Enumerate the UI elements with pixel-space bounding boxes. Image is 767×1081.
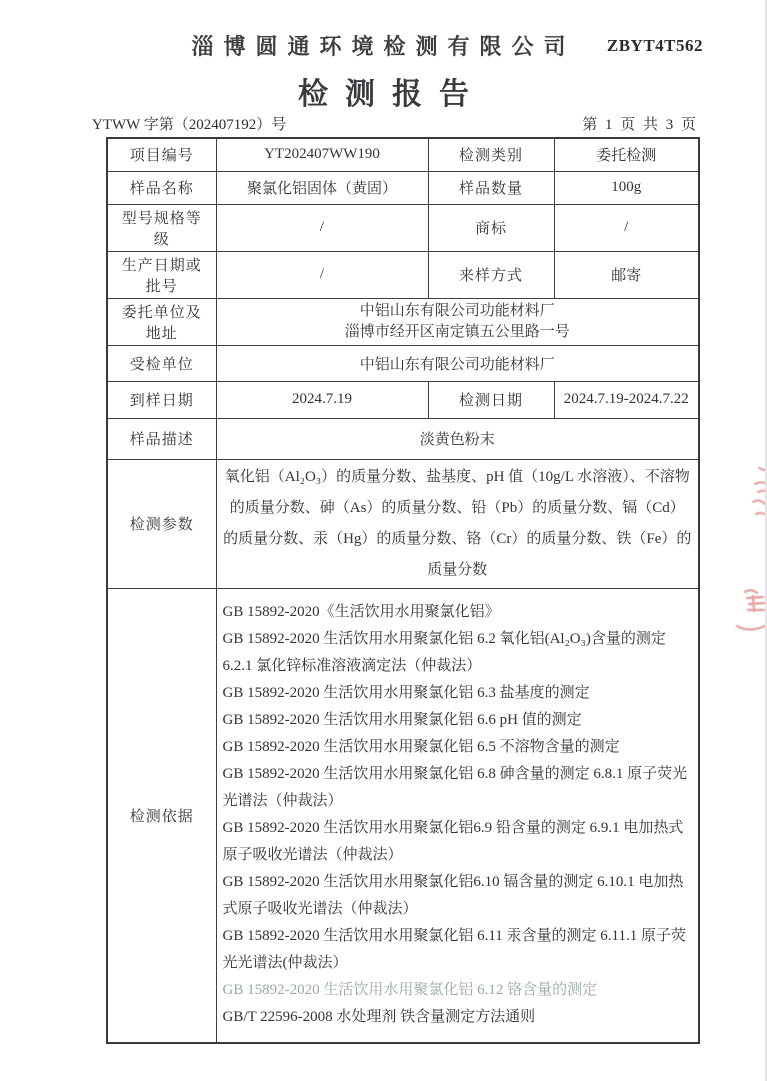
field-label: 样品名称 bbox=[107, 171, 216, 204]
test-parameters: 氧化铝（Al₂O₃）的质量分数、盐基度、pH 值（10g/L 水溶液）、不溶物的… bbox=[216, 459, 699, 588]
basis-item: GB 15892-2020 生活饮用水用聚氯化铝 6.2 氧化铝(Al₂O₃)含… bbox=[223, 626, 693, 680]
field-label: 委托单位及地址 bbox=[107, 298, 216, 345]
page-indicator: 第 1 页 共 3 页 bbox=[582, 113, 698, 134]
report-header: 淄博圆通环境检测有限公司 ZBYT4T562 检测报告 YTWW 字第（2024… bbox=[0, 0, 767, 134]
client-name: 中铝山东有限公司功能材料厂 bbox=[223, 301, 693, 322]
basis-item: GB 15892-2020 生活饮用水用聚氯化铝 6.6 pH 值的测定 bbox=[223, 707, 693, 734]
field-label: 检测类别 bbox=[428, 138, 554, 171]
field-value: 邮寄 bbox=[554, 251, 699, 298]
field-value: / bbox=[216, 251, 428, 298]
page-title: 检测报告 bbox=[0, 69, 767, 109]
table-row: 生产日期或批号 / 来样方式 邮寄 bbox=[107, 251, 699, 298]
field-label: 型号规格等级 bbox=[107, 204, 216, 251]
report-page: { "header": { "company": "淄博圆通环境检测有限公司",… bbox=[0, 0, 767, 1081]
sample-description: 淡黄色粉末 bbox=[216, 418, 699, 459]
table-row-dates: 到样日期 2024.7.19 检测日期 2024.7.19-2024.7.22 bbox=[107, 381, 699, 418]
basis-item: GB 15892-2020《生活饮用水用聚氯化铝》 bbox=[223, 599, 693, 626]
subheader: YTWW 字第（202407192）号 第 1 页 共 3 页 bbox=[92, 113, 698, 134]
basis-item: GB/T 22596-2008 水处理剂 铁含量测定方法通则 bbox=[223, 1004, 693, 1031]
field-value: YT202407WW190 bbox=[216, 138, 428, 171]
red-stamp-fragment-icon bbox=[729, 462, 767, 542]
field-value: / bbox=[216, 204, 428, 251]
report-info-table: 项目编号 YT202407WW190 检测类别 委托检测 样品名称 聚氯化铝固体… bbox=[106, 137, 700, 1044]
table-row: 型号规格等级 / 商标 / bbox=[107, 204, 699, 251]
basis-item: GB 15892-2020 生活饮用水用聚氯化铝 6.3 盐基度的测定 bbox=[223, 680, 693, 707]
field-value: / bbox=[554, 204, 699, 251]
field-label: 样品数量 bbox=[428, 171, 554, 204]
basis-item: GB 15892-2020 生活饮用水用聚氯化铝 6.5 不溶物含量的测定 bbox=[223, 734, 693, 761]
company-name: 淄博圆通环境检测有限公司 bbox=[191, 34, 575, 59]
table-row-inspected: 受检单位 中铝山东有限公司功能材料厂 bbox=[107, 345, 699, 381]
basis-item: GB 15892-2020 生活饮用水用聚氯化铝6.9 铅含量的测定 6.9.1… bbox=[223, 815, 693, 869]
field-label: 生产日期或批号 bbox=[107, 251, 216, 298]
table-row: 样品名称 聚氯化铝固体（黄固） 样品数量 100g bbox=[107, 171, 699, 204]
field-label: 检测日期 bbox=[428, 381, 554, 418]
inspected-unit: 中铝山东有限公司功能材料厂 bbox=[216, 345, 699, 381]
table-row: 项目编号 YT202407WW190 检测类别 委托检测 bbox=[107, 138, 699, 171]
field-label: 到样日期 bbox=[107, 381, 216, 418]
client-street: 淄博市经开区南定镇五公里路一号 bbox=[223, 322, 693, 343]
field-value: 聚氯化铝固体（黄固） bbox=[216, 171, 428, 204]
basis-item: GB 15892-2020 生活饮用水用聚氯化铝 6.8 砷含量的测定 6.8.… bbox=[223, 761, 693, 815]
basis-item: GB 15892-2020 生活饮用水用聚氯化铝 6.11 汞含量的测定 6.1… bbox=[223, 923, 693, 977]
client-address: 中铝山东有限公司功能材料厂 淄博市经开区南定镇五公里路一号 bbox=[216, 298, 699, 345]
table-row-params: 检测参数 氧化铝（Al₂O₃）的质量分数、盐基度、pH 值（10g/L 水溶液）… bbox=[107, 459, 699, 588]
field-value: 100g bbox=[554, 171, 699, 204]
test-date-range: 2024.7.19-2024.7.22 bbox=[554, 381, 699, 418]
field-label: 检测参数 bbox=[107, 459, 216, 588]
red-stamp-fragment-icon bbox=[723, 584, 767, 656]
field-label: 检测依据 bbox=[107, 588, 216, 1043]
field-label: 受检单位 bbox=[107, 345, 216, 381]
test-basis-list: GB 15892-2020《生活饮用水用聚氯化铝》 GB 15892-2020 … bbox=[216, 588, 699, 1043]
basis-item-faded: GB 15892-2020 生活饮用水用聚氯化铝 6.12 铬含量的测定 bbox=[223, 977, 693, 1004]
field-label: 样品描述 bbox=[107, 418, 216, 459]
report-code: ZBYT4T562 bbox=[607, 36, 703, 56]
basis-item: GB 15892-2020 生活饮用水用聚氯化铝6.10 镉含量的测定 6.10… bbox=[223, 869, 693, 923]
field-label: 商标 bbox=[428, 204, 554, 251]
company-line: 淄博圆通环境检测有限公司 ZBYT4T562 bbox=[0, 30, 767, 64]
field-value: 委托检测 bbox=[554, 138, 699, 171]
table-row-basis: 检测依据 GB 15892-2020《生活饮用水用聚氯化铝》 GB 15892-… bbox=[107, 588, 699, 1043]
document-number: YTWW 字第（202407192）号 bbox=[92, 113, 286, 134]
field-label: 来样方式 bbox=[428, 251, 554, 298]
table-row-client: 委托单位及地址 中铝山东有限公司功能材料厂 淄博市经开区南定镇五公里路一号 bbox=[107, 298, 699, 345]
arrival-date: 2024.7.19 bbox=[216, 381, 428, 418]
field-label: 项目编号 bbox=[107, 138, 216, 171]
table-row-sample-desc: 样品描述 淡黄色粉末 bbox=[107, 418, 699, 459]
